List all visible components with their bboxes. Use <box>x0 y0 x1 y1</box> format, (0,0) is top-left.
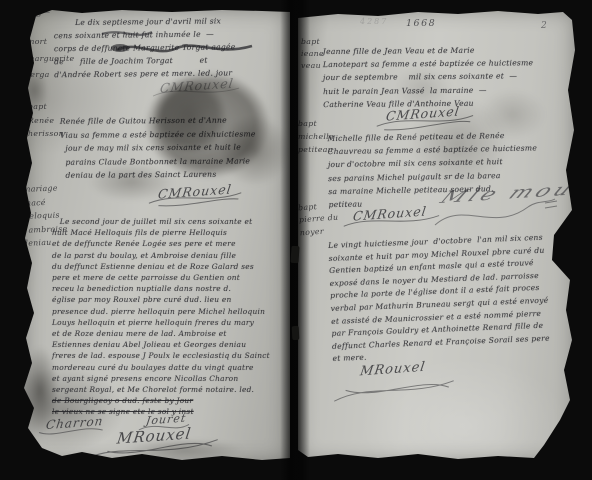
manuscript-line: de Bourgligeoy o dud. feste by Jour <box>52 395 290 406</box>
manuscript-line: Lanotepart sa femme a esté baptizée ce h… <box>323 56 568 71</box>
margin-note-baptism: baptieaneveau <box>301 36 324 72</box>
manuscript-line: Viau sa femme a esté baptizée ce dixhuic… <box>60 127 290 142</box>
manuscript-line: pere et mere de cette parroisse du Genti… <box>52 272 290 283</box>
manuscript-line: et ayant signé presens encore Nicollas C… <box>52 373 290 384</box>
margin-note-line: Renée <box>28 114 64 128</box>
marriage-entry-text: Le second jour de juillet mil six cens s… <box>52 216 290 418</box>
manuscript-line: de la parst du boulay, et Ambroise denia… <box>52 250 290 261</box>
signature-flourish-icon <box>433 195 563 235</box>
margin-note-line: bapt <box>28 100 64 114</box>
year-heading: 1668 <box>406 18 436 29</box>
baptism-entry-text: Le vingt huictiesme jour d'octobre l'an … <box>328 231 573 366</box>
folio-number: 2 <box>541 21 547 31</box>
binding-stitch <box>290 246 299 264</box>
manuscript-line: et de Roze deniau mere de lad. Ambroise … <box>52 328 290 339</box>
manuscript-line: presence dud. pierre helloquin pere Mich… <box>52 306 290 317</box>
pencil-annotation: 4287 <box>360 17 388 26</box>
manuscript-line: et de deffuncte Renée Logée ses pere et … <box>52 238 290 249</box>
corner-paraphe-mark: ʒ— <box>36 8 50 18</box>
manuscript-line: mordereau curé du boulayes datte du ving… <box>52 362 290 373</box>
manuscript-line: Le second jour de juillet mil six cens s… <box>52 216 290 227</box>
left-page: ʒ— mortmargueriteterga Le dix septiesme … <box>22 8 290 464</box>
margin-note-line: ieane <box>301 48 324 60</box>
manuscript-line: sergeant Royal, et Me Chorelot formé not… <box>52 384 290 395</box>
page-fold-corner <box>536 408 576 460</box>
manuscript-line: freres de lad. espouse J Poulx le eccles… <box>52 350 290 361</box>
priest-signature: MRouxel <box>116 424 193 447</box>
margin-note-line: bapt <box>298 118 334 131</box>
manuscript-line: huit Macé Helloquis fils de pierre Hello… <box>52 227 290 238</box>
margin-note-line: bapt <box>301 36 324 48</box>
manuscript-line: église par moy Rouxel pbre curé dud. lie… <box>52 294 290 305</box>
margin-note-line: noyer <box>299 224 339 239</box>
priest-signature: CMRouxel <box>157 181 233 201</box>
margin-note-line: veau <box>301 60 324 72</box>
baptism-entry-text: Jeanne fille de Jean Veau et de MarieLan… <box>323 43 569 111</box>
margin-note-line: herisson <box>28 127 64 141</box>
witness-signature: Charron <box>45 414 104 432</box>
manuscript-line: deniau de la part des Sainct Laurens <box>60 167 290 182</box>
manuscript-scan: ʒ— mortmargueriteterga Le dix septiesme … <box>0 0 592 480</box>
margin-note-baptism: baptpierre dunoyer <box>298 200 340 240</box>
priest-signature: MRouxel <box>359 360 426 380</box>
margin-note-baptism: baptRenéeherisson <box>28 100 64 141</box>
manuscript-line: du deffunct Estienne deniau et de Roze G… <box>52 261 290 272</box>
manuscript-line: receu la benediction nuptialle dans nost… <box>52 283 290 294</box>
manuscript-line: Louys helloquin et pierre helloquin frer… <box>52 317 290 328</box>
manuscript-line: Estiennes deniau Abel Jolieau et Georges… <box>52 339 290 350</box>
binding-stitch <box>292 326 300 340</box>
baptism-entry-text: Renée fille de Guitou Herisson et d'Anne… <box>60 113 290 182</box>
right-page: 4287 1668 2 baptieaneveau Jeanne fille d… <box>298 10 576 462</box>
ink-scribble-overlay <box>82 20 262 80</box>
